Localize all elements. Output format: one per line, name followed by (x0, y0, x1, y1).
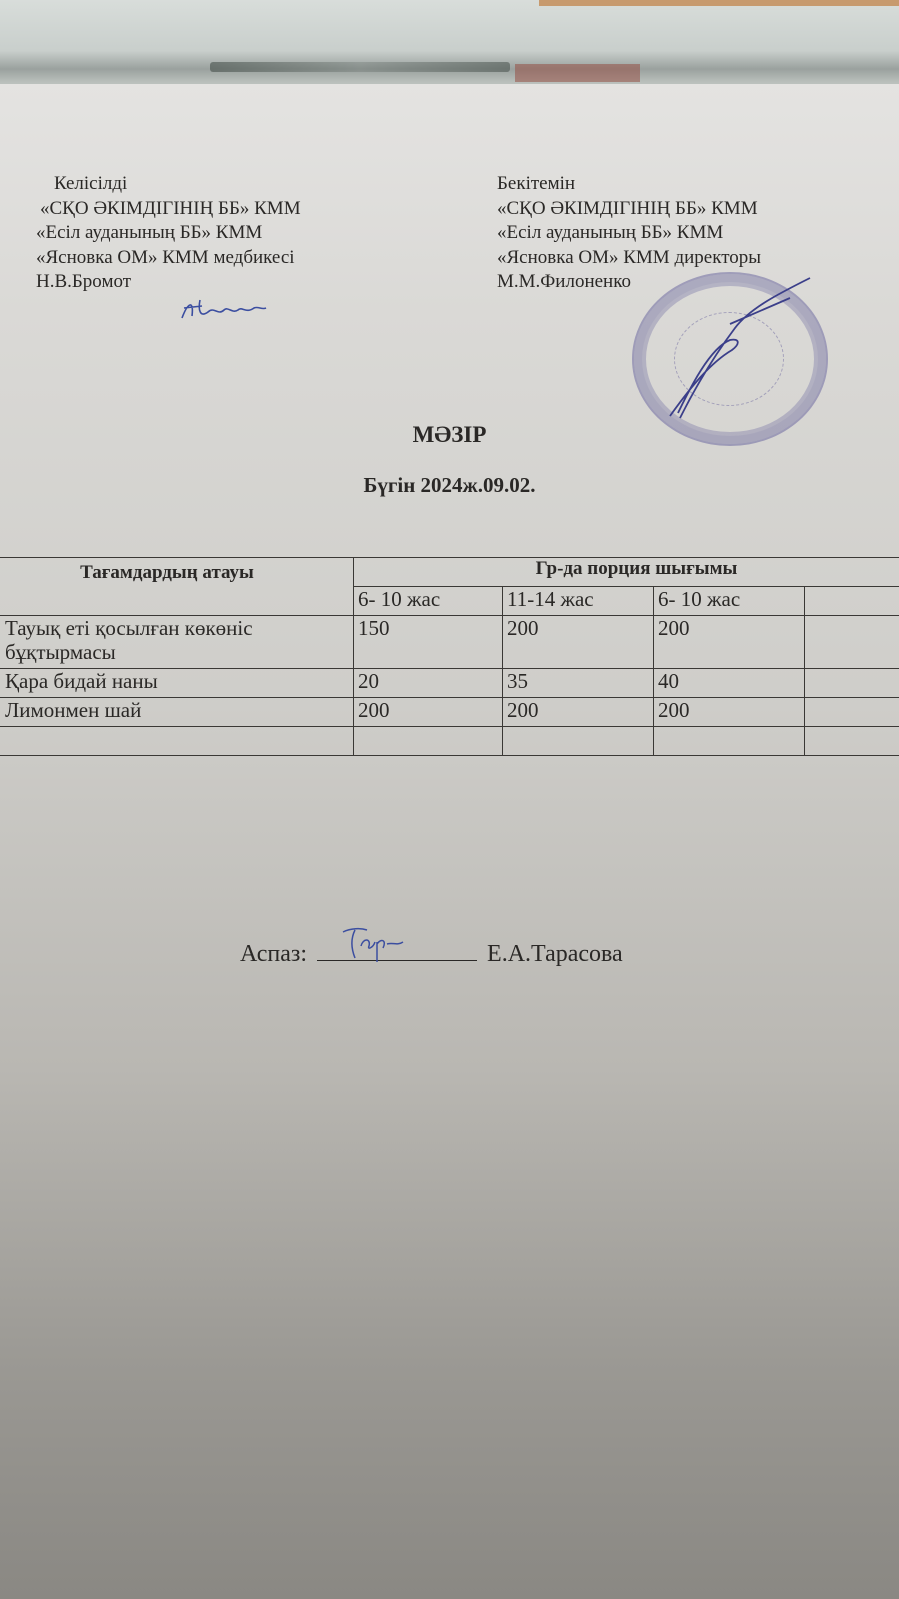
portion-cell: 20 (354, 669, 503, 698)
subheader-age: 6- 10 жас (654, 587, 805, 616)
dish-name (0, 727, 354, 756)
background-shelf (0, 0, 899, 92)
approval-right-line: «СҚО ӘКІМДІГІНІҢ ББ» КММ (497, 197, 761, 222)
signature-underline (317, 938, 477, 961)
table-header-row: Тағамдардың атауы Гр-да порция шығымы (0, 558, 899, 587)
cook-label: Аспаз: (240, 941, 307, 967)
portion-cell: 150 (354, 616, 503, 669)
header-dish-name: Тағамдардың атауы (0, 558, 354, 616)
approval-right-line: «Есіл ауданының ББ» КММ (497, 221, 761, 246)
portion-cell: 200 (354, 698, 503, 727)
dish-name: Тауық еті қосылған көкөніс бұқтырмасы (0, 616, 354, 669)
menu-table: Тағамдардың атауы Гр-да порция шығымы 6-… (0, 557, 899, 756)
portion-cell: 200 (654, 698, 805, 727)
signature-icon (178, 296, 268, 324)
cook-signature-line: Аспаз: Е.А.Тарасова (240, 938, 623, 968)
dish-name: Қара бидай наны (0, 669, 354, 698)
subheader-age: 6- 10 жас (354, 587, 503, 616)
table-row: Қара бидай наны 20 35 40 (0, 669, 899, 698)
header-portion-group: Гр-да порция шығымы (354, 558, 899, 587)
portion-cell (503, 727, 654, 756)
portion-cell (805, 616, 899, 669)
document-title: МӘЗІР (0, 422, 899, 448)
approval-left-heading: Келісілді (36, 172, 301, 197)
portion-cell: 200 (503, 616, 654, 669)
table-row: Лимонмен шай 200 200 200 (0, 698, 899, 727)
approval-left-line: «Есіл ауданының ББ» КММ (36, 221, 301, 246)
portion-cell (805, 698, 899, 727)
cook-signature-icon (337, 924, 417, 964)
shelf-stain (210, 62, 510, 72)
approval-left: Келісілді «СҚО ӘКІМДІГІНІҢ ББ» КММ «Есіл… (36, 172, 301, 295)
portion-cell: 200 (654, 616, 805, 669)
approval-left-line: «СҚО ӘКІМДІГІНІҢ ББ» КММ (36, 197, 301, 222)
table-row: Тауық еті қосылған көкөніс бұқтырмасы 15… (0, 616, 899, 669)
approval-left-signer: Н.В.Бромот (36, 270, 301, 295)
subheader-empty (805, 587, 899, 616)
portion-cell: 200 (503, 698, 654, 727)
wood-edge (539, 0, 899, 6)
table-row (0, 727, 899, 756)
document-date: Бүгін 2024ж.09.02. (0, 473, 899, 498)
dish-name: Лимонмен шай (0, 698, 354, 727)
director-signature-icon (640, 268, 840, 428)
cook-name: Е.А.Тарасова (487, 941, 623, 967)
portion-cell (654, 727, 805, 756)
shelf-red-mark (515, 64, 640, 82)
approval-left-line: «Ясновка ОМ» КММ медбикесі (36, 246, 301, 271)
portion-cell (354, 727, 503, 756)
subheader-age: 11-14 жас (503, 587, 654, 616)
portion-cell (805, 669, 899, 698)
approval-right-line: «Ясновка ОМ» КММ директоры (497, 246, 761, 271)
portion-cell (805, 727, 899, 756)
approval-right-heading: Бекітемін (497, 172, 761, 197)
portion-cell: 40 (654, 669, 805, 698)
portion-cell: 35 (503, 669, 654, 698)
